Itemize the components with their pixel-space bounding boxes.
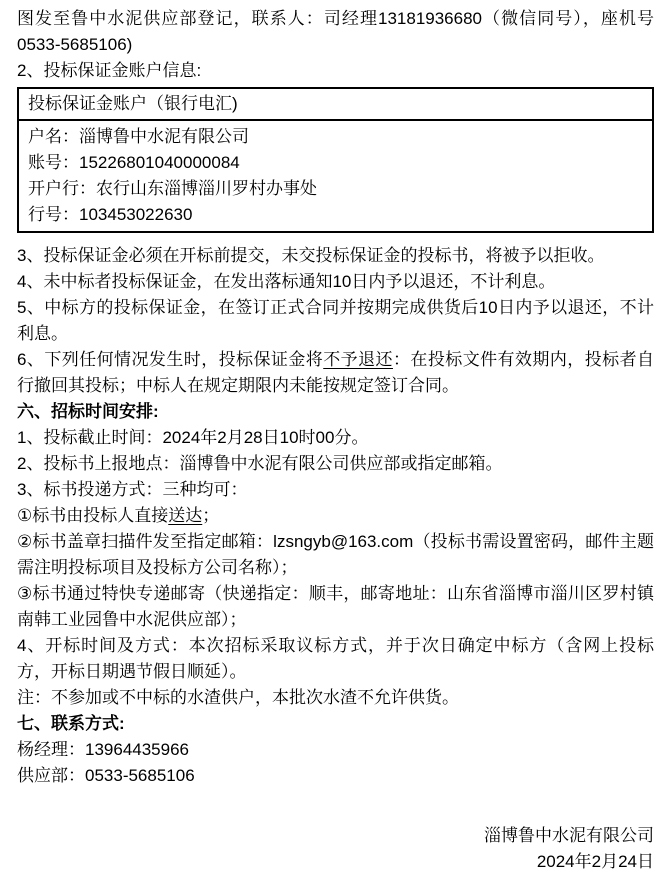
delivery-method-2-email: lzsngyb@163.com — [273, 532, 413, 551]
account-number-line: 账号：15226801040000084 — [28, 150, 643, 176]
intro-paragraph: 图发至鲁中水泥供应部登记，联系人：司经理13181936680（微信同号），座机… — [17, 6, 654, 58]
contact-department-line: 供应部：0533-5685106 — [17, 763, 654, 789]
deposit-rule-item-6: 6、下列任何情况发生时，投标保证金将不予退还：在投标文件有效期内，投标者自行撤回… — [17, 347, 654, 399]
deposit-account-heading: 2、投标保证金账户信息: — [17, 58, 654, 84]
deposit-rule-item-5: 5、中标方的投标保证金，在签订正式合同并按期完成供货后10日内予以退还，不计利息… — [17, 295, 654, 347]
deposit-rule-item-6-prefix: 6、下列任何情况发生时，投标保证金将 — [17, 350, 323, 369]
account-bank-code-line: 行号：103453022630 — [28, 202, 643, 228]
deposit-account-table: 投标保证金账户（银行电汇) 户名：淄博鲁中水泥有限公司 账号：152268010… — [17, 87, 654, 233]
schedule-item-4: 4、开标时间及方式：本次招标采取议标方式，并于次日确定中标方（含网上投标方，开标… — [17, 633, 654, 685]
account-table-details-cell: 户名：淄博鲁中水泥有限公司 账号：15226801040000084 开户行：农… — [18, 120, 653, 232]
delivery-method-1-prefix: ①标书由投标人直接 — [17, 506, 168, 525]
delivery-method-1: ①标书由投标人直接送达； — [17, 503, 654, 529]
contacts-section-heading: 七、联系方式: — [17, 711, 654, 737]
contact-manager-line: 杨经理：13964435966 — [17, 737, 654, 763]
delivery-method-1-underlined: 送达 — [168, 506, 202, 525]
deposit-rule-item-3: 3、投标保证金必须在开标前提交，未交投标保证金的投标书，将被予以拒收。 — [17, 243, 654, 269]
signature-date: 2024年2月24日 — [17, 849, 654, 875]
delivery-method-2-prefix: ②标书盖章扫描件发至指定邮箱： — [17, 532, 273, 551]
delivery-method-2: ②标书盖章扫描件发至指定邮箱：lzsngyb@163.com（投标书需设置密码，… — [17, 529, 654, 581]
deposit-rule-item-6-underlined: 不予退还 — [323, 350, 393, 369]
account-table-details-row: 户名：淄博鲁中水泥有限公司 账号：15226801040000084 开户行：农… — [18, 120, 653, 232]
signature-company: 淄博鲁中水泥有限公司 — [17, 823, 654, 849]
signature-block: 淄博鲁中水泥有限公司 2024年2月24日 — [17, 823, 654, 875]
account-table-header-row: 投标保证金账户（银行电汇) — [18, 88, 653, 120]
delivery-method-3: ③标书通过特快专递邮寄（快递指定：顺丰，邮寄地址：山东省淄博市淄川区罗村镇南韩工… — [17, 581, 654, 633]
delivery-method-1-suffix: ； — [202, 506, 219, 525]
account-bank-line: 开户行：农行山东淄博淄川罗村办事处 — [28, 176, 643, 202]
document-page: 图发至鲁中水泥供应部登记，联系人：司经理13181936680（微信同号），座机… — [0, 0, 671, 877]
account-holder-line: 户名：淄博鲁中水泥有限公司 — [28, 124, 643, 150]
account-table-header-cell: 投标保证金账户（银行电汇) — [18, 88, 653, 120]
schedule-section-heading: 六、招标时间安排: — [17, 399, 654, 425]
deposit-rule-item-4: 4、未中标者投标保证金，在发出落标通知10日内予以退还，不计利息。 — [17, 269, 654, 295]
schedule-item-1: 1、投标截止时间：2024年2月28日10时00分。 — [17, 425, 654, 451]
schedule-note: 注：不参加或不中标的水渣供户，本批次水渣不允许供货。 — [17, 685, 654, 711]
schedule-item-3: 3、标书投递方式：三种均可： — [17, 477, 654, 503]
schedule-item-2: 2、投标书上报地点：淄博鲁中水泥有限公司供应部或指定邮箱。 — [17, 451, 654, 477]
